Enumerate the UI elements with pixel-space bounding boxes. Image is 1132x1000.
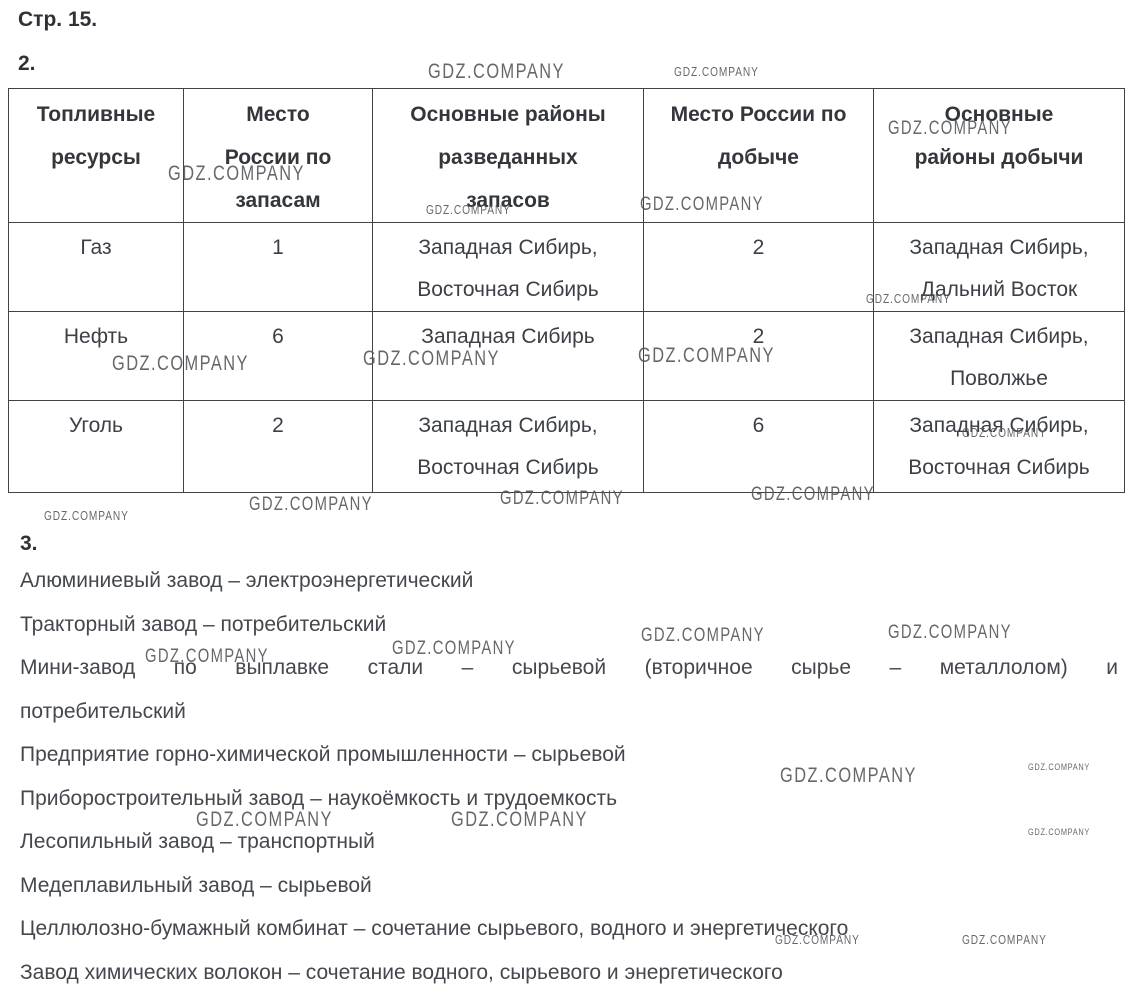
watermark: GDZ.COMPANY — [775, 932, 860, 947]
watermark: GDZ.COMPANY — [168, 162, 305, 186]
page-number-heading: Стр. 15. — [18, 8, 97, 32]
watermark: GDZ.COMPANY — [363, 347, 500, 371]
watermark: GDZ.COMPANY — [1028, 827, 1090, 838]
watermark: GDZ.COMPANY — [426, 202, 511, 217]
watermark: GDZ.COMPANY — [674, 64, 759, 79]
cell-reserves-rank: 1 — [184, 223, 373, 312]
table-row-gas: Газ 1 Западная Сибирь, Восточная Сибирь … — [9, 223, 1125, 312]
watermark: GDZ.COMPANY — [962, 932, 1047, 947]
header-fuel-resources: Топливные ресурсы — [9, 89, 184, 223]
answer-line: Предприятие горно-химической промышленно… — [20, 733, 1118, 777]
document-page: Стр. 15. 2. 3. Топливные ресурсы Место Р… — [0, 0, 1132, 1000]
watermark: GDZ.COMPANY — [888, 622, 1012, 644]
task-3-number: 3. — [20, 532, 38, 556]
watermark: GDZ.COMPANY — [196, 808, 333, 832]
fuel-resources-table: Топливные ресурсы Место России по запаса… — [8, 88, 1125, 493]
watermark: GDZ.COMPANY — [112, 352, 249, 376]
watermark: GDZ.COMPANY — [780, 764, 917, 788]
header-production-regions: Основные районы добычи — [874, 89, 1125, 223]
watermark: GDZ.COMPANY — [44, 508, 129, 523]
watermark: GDZ.COMPANY — [451, 808, 588, 832]
watermark: GDZ.COMPANY — [962, 425, 1047, 440]
watermark: GDZ.COMPANY — [888, 118, 1012, 140]
watermark: GDZ.COMPANY — [638, 344, 775, 368]
answer-line: Медеплавильный завод – сырьевой — [20, 864, 1118, 908]
watermark: GDZ.COMPANY — [866, 291, 951, 306]
watermark: GDZ.COMPANY — [641, 625, 765, 647]
header-reserves-rank: Место России по запасам — [184, 89, 373, 223]
cell-reserves-regions: Западная Сибирь, Восточная Сибирь — [373, 223, 644, 312]
answer-line: Завод химических волокон – сочетание вод… — [20, 951, 1118, 995]
cell-production-rank: 6 — [644, 401, 874, 493]
watermark: GDZ.COMPANY — [640, 194, 764, 216]
cell-resource: Уголь — [9, 401, 184, 493]
cell-production-regions: Западная Сибирь, Поволжье — [874, 312, 1125, 401]
cell-production-rank: 2 — [644, 223, 874, 312]
watermark: GDZ.COMPANY — [500, 488, 624, 510]
answer-line: Алюминиевый завод – электроэнергетически… — [20, 559, 1118, 603]
table-row-coal: Уголь 2 Западная Сибирь, Восточная Сибир… — [9, 401, 1125, 493]
cell-reserves-regions: Западная Сибирь, Восточная Сибирь — [373, 401, 644, 493]
cell-reserves-rank: 2 — [184, 401, 373, 493]
watermark: GDZ.COMPANY — [1028, 762, 1090, 773]
watermark: GDZ.COMPANY — [751, 484, 875, 506]
answer-line: Целлюлозно-бумажный комбинат – сочетание… — [20, 907, 1118, 951]
cell-production-regions: Западная Сибирь, Восточная Сибирь — [874, 401, 1125, 493]
answer-line: потребительский — [20, 690, 1118, 734]
watermark: GDZ.COMPANY — [145, 646, 269, 668]
watermark: GDZ.COMPANY — [428, 60, 565, 84]
cell-resource: Газ — [9, 223, 184, 312]
watermark: GDZ.COMPANY — [392, 638, 516, 660]
watermark: GDZ.COMPANY — [249, 494, 373, 516]
task-2-number: 2. — [18, 52, 36, 76]
